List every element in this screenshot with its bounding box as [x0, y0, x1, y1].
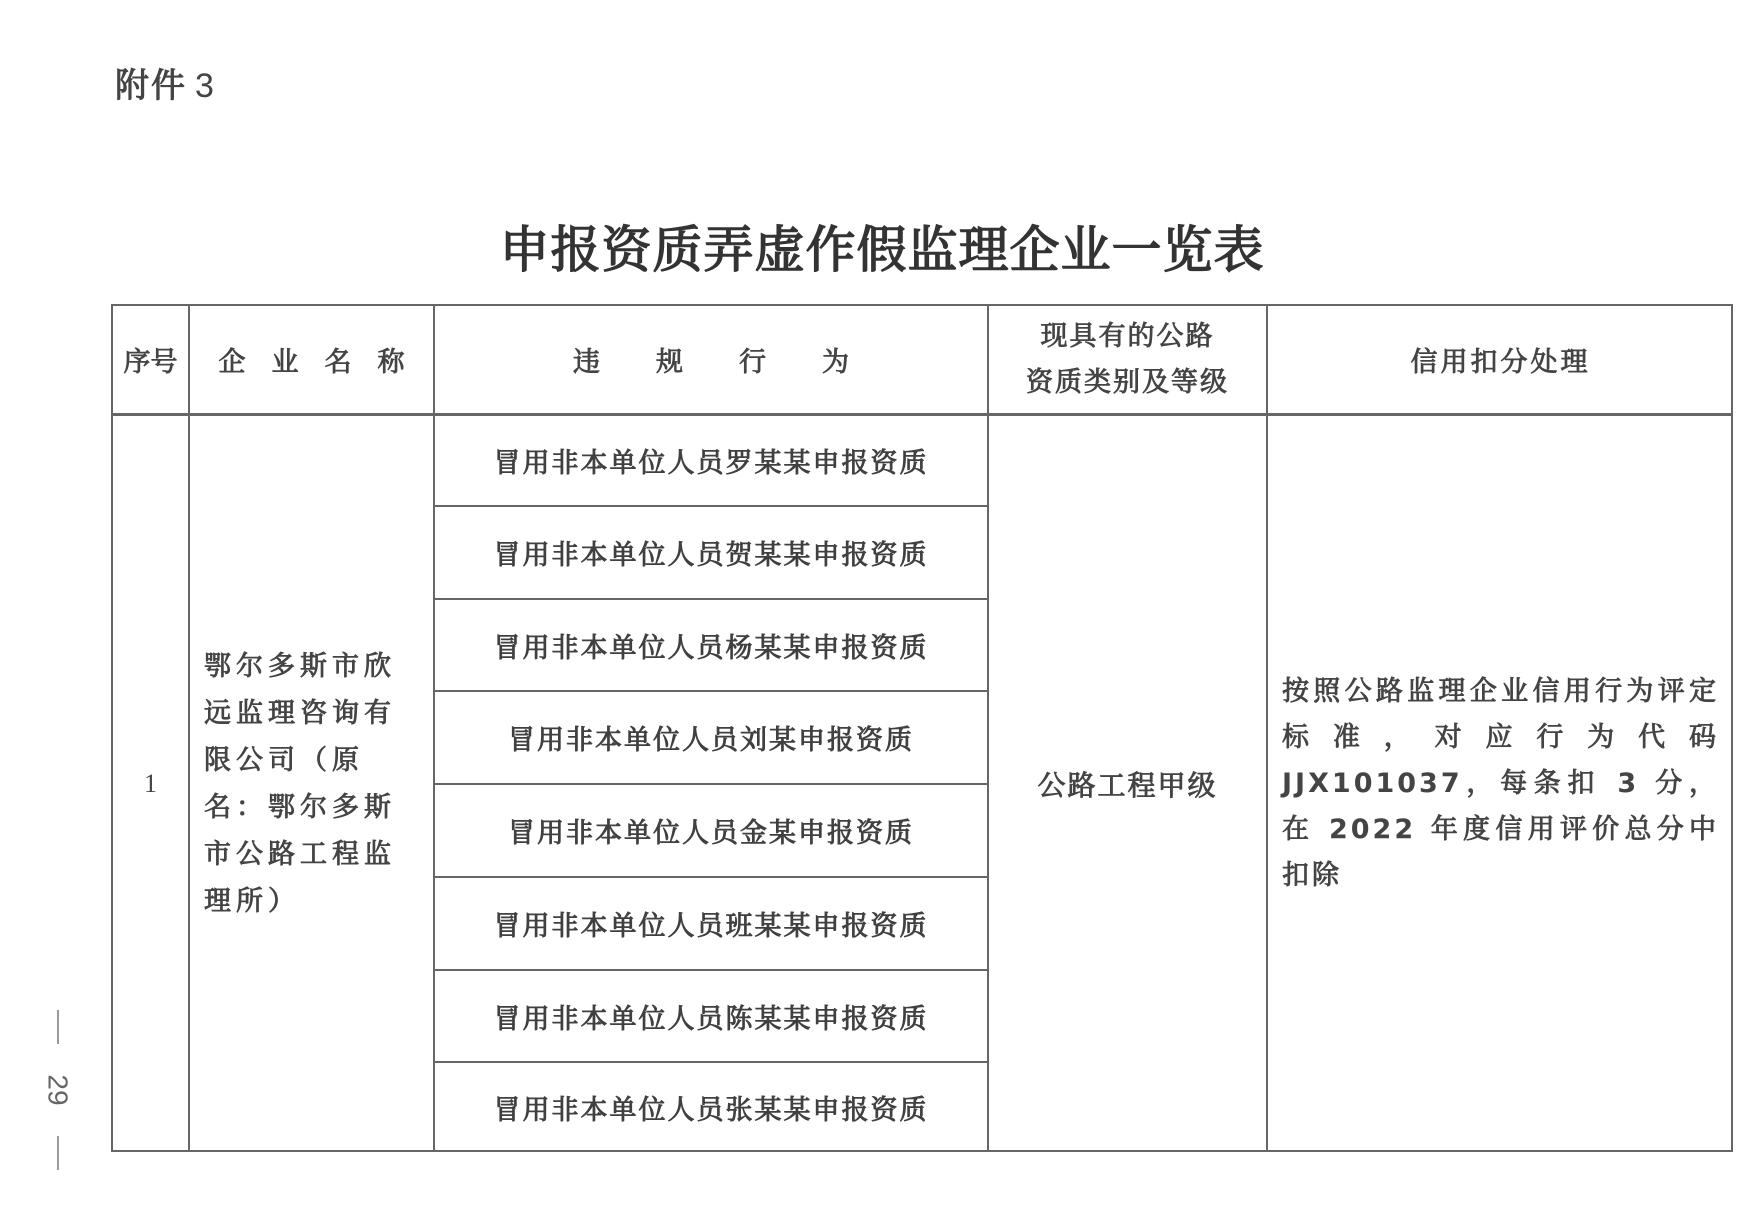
violation-item: 冒用非本单位人员贺某某申报资质	[435, 507, 987, 598]
violation-item: 冒用非本单位人员班某某申报资质	[435, 878, 987, 969]
row-seq: 1	[113, 416, 188, 1152]
header-qualification-line2: 资质类别及等级	[1026, 360, 1229, 406]
header-qualification: 现具有的公路 资质类别及等级	[989, 306, 1266, 413]
row-company-name: 鄂尔多斯市欣远监理咨询有限公司（原名：鄂尔多斯市公路工程监理所）	[190, 416, 433, 1152]
page-number: 29	[38, 1010, 78, 1170]
attachment-text: 附件	[115, 66, 187, 106]
header-company: 企业名称	[190, 306, 433, 413]
header-seq: 序号	[113, 306, 188, 413]
violation-item: 冒用非本单位人员金某申报资质	[435, 785, 987, 876]
violations-table: 序号 企业名称 违规行为 现具有的公路 资质类别及等级 信用扣分处理 1 鄂尔多…	[111, 304, 1733, 1152]
document-title: 申报资质弄虚作假监理企业一览表	[0, 210, 1764, 282]
attachment-number: 3	[195, 67, 216, 105]
violation-item: 冒用非本单位人员陈某某申报资质	[435, 971, 987, 1061]
page-number-value: 29	[42, 1074, 74, 1105]
violation-item: 冒用非本单位人员张某某申报资质	[435, 1063, 987, 1152]
page-number-dash	[57, 1136, 59, 1170]
violation-item: 冒用非本单位人员罗某某申报资质	[435, 416, 987, 505]
attachment-label: 附件3	[115, 58, 216, 107]
header-qualification-line1: 现具有的公路	[1041, 314, 1215, 360]
header-penalty: 信用扣分处理	[1268, 306, 1733, 413]
row-qualification: 公路工程甲级	[989, 416, 1266, 1152]
violation-item: 冒用非本单位人员刘某申报资质	[435, 692, 987, 783]
row-penalty: 按照公路监理企业信用行为评定标准，对应行为代码 JJX101037，每条扣 3 …	[1268, 416, 1733, 1152]
violation-item: 冒用非本单位人员杨某某申报资质	[435, 600, 987, 690]
page-number-dash	[57, 1010, 59, 1044]
header-violation: 违规行为	[435, 306, 987, 413]
